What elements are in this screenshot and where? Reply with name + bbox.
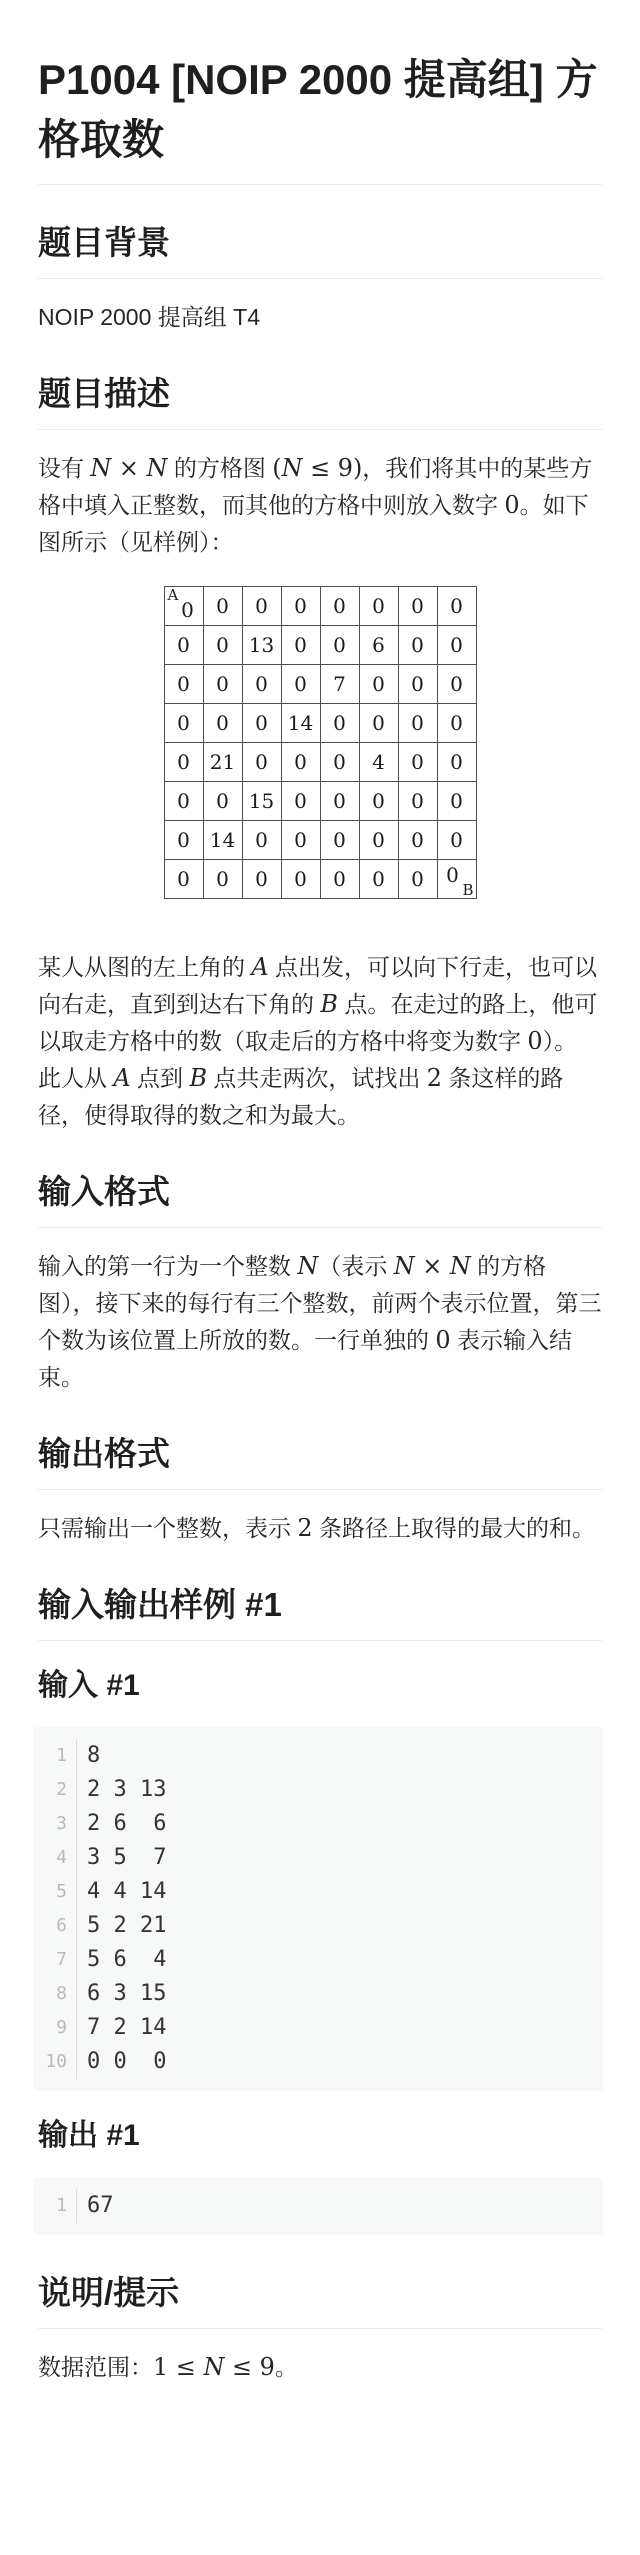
math-variable: N <box>147 454 168 482</box>
output-format-heading: 输出格式 <box>38 1432 602 1490</box>
text-run: 点共走两次，试找出 <box>207 1065 427 1091</box>
grid-cell-value: 0 <box>450 711 463 735</box>
grid-cell: 0 <box>359 821 398 860</box>
grid-cell-value: 0 <box>372 789 385 813</box>
grid-cell: 0 <box>320 821 359 860</box>
text-run: 的方格图 <box>167 455 272 481</box>
grid-cell-value: 6 <box>372 633 385 657</box>
grid-cell: 0 <box>359 704 398 743</box>
grid-cell-value: 0 <box>294 750 307 774</box>
samples-heading: 输入输出样例 #1 <box>38 1583 602 1641</box>
grid-cell: 13 <box>242 626 281 665</box>
grid-cell-value: 0 <box>255 750 268 774</box>
grid-cell-value: 0 <box>372 867 385 891</box>
code-line-number: 9 <box>33 2011 76 2045</box>
grid-cell: 14 <box>281 704 320 743</box>
grid-cell-value: 0 <box>411 867 424 891</box>
grid-cell: 0 <box>437 704 476 743</box>
section-description: 题目描述 设有 N × N 的方格图 (N ≤ 9)，我们将其中的某些方格中填入… <box>38 372 602 1134</box>
grid-cell: 0 <box>242 704 281 743</box>
grid-cell: 0 <box>164 665 203 704</box>
text-run: 输入的第一行为一个整数 <box>38 1253 297 1279</box>
grid-cell: 0 <box>320 626 359 665</box>
code-line-text: 5 2 21 <box>76 1909 603 1943</box>
grid-cell: 0 <box>242 821 281 860</box>
grid-cell-value: 0 <box>294 672 307 696</box>
grid-cell: 0 <box>242 743 281 782</box>
input-format-text: 输入的第一行为一个整数 N（表示 N × N 的方格图），接下来的每行有三个整数… <box>38 1248 602 1396</box>
grid-cell: 0 <box>281 821 320 860</box>
grid-cell-value: 0 <box>450 750 463 774</box>
grid-cell-value: 0 <box>294 867 307 891</box>
grid-row: 0000000B0 <box>164 860 476 899</box>
grid-cell-value: 0 <box>372 711 385 735</box>
code-line-number: 1 <box>33 2189 76 2223</box>
sample-input-heading: 输入 #1 <box>38 1667 602 1705</box>
grid-cell: 0 <box>164 704 203 743</box>
math-variable: B <box>189 1064 207 1092</box>
math-literal: 0 <box>504 491 519 519</box>
math-literal: 2 <box>427 1064 442 1092</box>
sample-grid-figure: A000000000013006000000700000014000002100… <box>38 586 602 899</box>
code-line-text: 67 <box>76 2189 603 2223</box>
grid-cell-value: 0 <box>333 867 346 891</box>
grid-cell-value: 0 <box>177 750 190 774</box>
grid-cell-value: 0 <box>294 594 307 618</box>
grid-cell: 14 <box>203 821 242 860</box>
text-run: 某人从图的左上角的 <box>38 954 251 980</box>
grid-cell: 0 <box>203 626 242 665</box>
math-literal: 0 <box>435 1326 450 1354</box>
grid-cell: 0 <box>359 665 398 704</box>
code-line-number: 8 <box>33 1977 76 2011</box>
grid-cell-value: 0 <box>411 750 424 774</box>
grid-cell-value: 7 <box>333 672 346 696</box>
grid-cell: 0 <box>320 704 359 743</box>
code-line: 65 2 21 <box>33 1909 603 1943</box>
math-variable: N <box>282 454 303 482</box>
grid-cell-value: 0 <box>294 789 307 813</box>
grid-cell-value: 13 <box>249 633 274 657</box>
grid-cell: 0 <box>437 821 476 860</box>
grid-cell: 0 <box>359 782 398 821</box>
code-line-number: 2 <box>33 1773 76 1807</box>
grid-cell-value: 21 <box>210 750 235 774</box>
text-run: 只需输出一个整数，表示 <box>38 1515 297 1541</box>
grid-cell-value: 0 <box>333 594 346 618</box>
grid-cell-value: 0 <box>216 789 229 813</box>
text-run: 此人从 <box>38 1065 113 1091</box>
text-run: 。 <box>275 2354 298 2380</box>
grid-cell: 0 <box>437 587 476 626</box>
grid-cell-value: 0 <box>411 672 424 696</box>
sample-output-code[interactable]: 167 <box>33 2177 603 2235</box>
grid-cell: 0 <box>320 782 359 821</box>
grid-cell-value: 0 <box>450 789 463 813</box>
grid-cell: 15 <box>242 782 281 821</box>
grid-cell: 0 <box>281 587 320 626</box>
page-title: P1004 [NOIP 2000 提高组] 方格取数 <box>38 50 602 185</box>
grid-cell-value: 0 <box>255 711 268 735</box>
grid-cell-value: 14 <box>210 828 235 852</box>
grid-cell: 0 <box>437 782 476 821</box>
math-literal: 0 <box>527 1027 542 1055</box>
description-paragraph-3: 此人从 A 点到 B 点共走两次，试找出 2 条这样的路径，使得取得的数之和为最… <box>38 1060 602 1134</box>
text-run: 条路径上取得的最大的和。 <box>313 1515 595 1541</box>
sample-input-code[interactable]: 1822 3 1332 6 643 5 754 4 1465 2 2175 6 … <box>33 1727 603 2091</box>
grid-cell: 0 <box>203 860 242 899</box>
grid-cell-value: 0 <box>333 750 346 774</box>
grid-row: 014000000 <box>164 821 476 860</box>
grid-cell: A0 <box>164 587 203 626</box>
grid-cell: 0 <box>437 626 476 665</box>
grid-row: 021000400 <box>164 743 476 782</box>
grid-cell: 4 <box>359 743 398 782</box>
grid-cell-value: 0 <box>333 828 346 852</box>
number-grid: A000000000013006000000700000014000002100… <box>164 586 477 899</box>
code-line-text: 2 6 6 <box>76 1807 603 1841</box>
grid-start-label: A <box>168 588 179 603</box>
grid-cell-value: 0 <box>177 633 190 657</box>
grid-row: 000140000 <box>164 704 476 743</box>
code-line: 18 <box>33 1739 603 1773</box>
code-line-text: 5 6 4 <box>76 1943 603 1977</box>
grid-cell-value: 0 <box>372 594 385 618</box>
grid-cell-value: 0 <box>372 672 385 696</box>
code-line-number: 4 <box>33 1841 76 1875</box>
grid-row: 001500000 <box>164 782 476 821</box>
description-paragraph-2: 某人从图的左上角的 A 点出发，可以向下行走，也可以向右走，直到到达右下角的 B… <box>38 949 602 1060</box>
math-literal: × <box>415 1252 450 1280</box>
grid-cell: 0 <box>359 860 398 899</box>
grid-cell: 0 <box>203 782 242 821</box>
grid-cell: 0 <box>242 860 281 899</box>
description-heading: 题目描述 <box>38 372 602 430</box>
grid-cell: 0 <box>281 626 320 665</box>
grid-cell-value: 0 <box>216 711 229 735</box>
grid-cell: 0 <box>320 743 359 782</box>
text-run: 点到 <box>131 1065 190 1091</box>
code-line: 86 3 15 <box>33 1977 603 2011</box>
code-line-number: 1 <box>33 1739 76 1773</box>
math-variable: A <box>251 953 268 981</box>
grid-cell: 0 <box>164 821 203 860</box>
grid-cell: 21 <box>203 743 242 782</box>
grid-cell-value: 0 <box>294 828 307 852</box>
grid-cell-value: 0 <box>450 828 463 852</box>
notes-text: 数据范围：1 ≤ N ≤ 9。 <box>38 2349 602 2386</box>
grid-cell-value: 0 <box>255 594 268 618</box>
grid-cell-value: 0 <box>446 863 459 887</box>
code-line-text: 4 4 14 <box>76 1875 603 1909</box>
math-literal: 1 ≤ <box>153 2353 203 2381</box>
grid-cell-value: 0 <box>216 867 229 891</box>
math-variable: N <box>394 1252 415 1280</box>
math-variable: N <box>90 454 111 482</box>
section-background: 题目背景 NOIP 2000 提高组 T4 <box>38 221 602 336</box>
code-line: 43 5 7 <box>33 1841 603 1875</box>
section-input-format: 输入格式 输入的第一行为一个整数 N（表示 N × N 的方格图），接下来的每行… <box>38 1170 602 1396</box>
code-line: 54 4 14 <box>33 1875 603 1909</box>
grid-cell: 0 <box>320 860 359 899</box>
grid-cell-value: 0 <box>177 828 190 852</box>
code-line: 167 <box>33 2189 603 2223</box>
math-literal: 2 <box>297 1514 312 1542</box>
grid-cell-value: 0 <box>255 672 268 696</box>
grid-cell: 0 <box>359 587 398 626</box>
input-format-heading: 输入格式 <box>38 1170 602 1228</box>
grid-cell-value: 0 <box>177 789 190 813</box>
code-line-text: 8 <box>76 1739 603 1773</box>
section-output-format: 输出格式 只需输出一个整数，表示 2 条路径上取得的最大的和。 <box>38 1432 602 1547</box>
grid-cell: 0 <box>398 626 437 665</box>
math-variable: A <box>113 1064 130 1092</box>
grid-cell-value: 0 <box>177 672 190 696</box>
grid-cell-value: 0 <box>181 598 194 622</box>
background-text: NOIP 2000 提高组 T4 <box>38 299 602 336</box>
grid-cell-value: 0 <box>450 672 463 696</box>
grid-cell: 0 <box>164 743 203 782</box>
grid-cell: 0 <box>437 665 476 704</box>
text-run: 设有 <box>38 455 90 481</box>
grid-cell: 0 <box>164 782 203 821</box>
code-line-text: 2 3 13 <box>76 1773 603 1807</box>
grid-cell-value: 0 <box>333 633 346 657</box>
grid-cell-value: 0 <box>255 867 268 891</box>
output-format-text: 只需输出一个整数，表示 2 条路径上取得的最大的和。 <box>38 1510 602 1547</box>
grid-cell: 0 <box>398 821 437 860</box>
grid-cell-value: 0 <box>333 711 346 735</box>
text-run: 数据范围： <box>38 2354 153 2380</box>
grid-cell: 0 <box>242 665 281 704</box>
math-literal: ≤ 9) <box>303 454 363 482</box>
math-literal: ≤ 9 <box>224 2353 274 2381</box>
math-variable: B <box>320 990 338 1018</box>
math-literal: ( <box>272 454 281 482</box>
grid-cell: 0 <box>281 743 320 782</box>
grid-cell: 6 <box>359 626 398 665</box>
grid-cell-value: 0 <box>450 594 463 618</box>
grid-cell: 0 <box>203 665 242 704</box>
section-samples: 输入输出样例 #1 输入 #1 1822 3 1332 6 643 5 754 … <box>38 1583 602 2235</box>
code-line-text: 7 2 14 <box>76 2011 603 2045</box>
grid-cell: 0 <box>281 782 320 821</box>
grid-cell: 0 <box>398 782 437 821</box>
grid-cell: 0 <box>398 704 437 743</box>
grid-cell-value: 0 <box>411 594 424 618</box>
grid-cell-value: 0 <box>177 867 190 891</box>
grid-cell: 0 <box>164 626 203 665</box>
grid-cell: 0 <box>203 704 242 743</box>
code-line-number: 3 <box>33 1807 76 1841</box>
grid-row: A00000000 <box>164 587 476 626</box>
code-line-number: 10 <box>33 2045 76 2079</box>
grid-cell: 0 <box>281 860 320 899</box>
grid-cell-value: 0 <box>216 594 229 618</box>
code-line: 75 6 4 <box>33 1943 603 1977</box>
grid-cell-value: 0 <box>411 789 424 813</box>
code-line-number: 7 <box>33 1943 76 1977</box>
grid-cell: 0 <box>398 587 437 626</box>
grid-cell: 0 <box>437 743 476 782</box>
grid-cell-value: 0 <box>294 633 307 657</box>
text-run: ）。 <box>543 1028 578 1054</box>
grid-cell-value: 0 <box>177 711 190 735</box>
grid-cell-value: 0 <box>450 633 463 657</box>
grid-cell: 7 <box>320 665 359 704</box>
code-line: 32 6 6 <box>33 1807 603 1841</box>
grid-cell: 0 <box>164 860 203 899</box>
grid-cell: 0 <box>203 587 242 626</box>
math-variable: N <box>203 2353 224 2381</box>
grid-cell-value: 0 <box>372 828 385 852</box>
grid-end-label: B <box>462 883 473 898</box>
sample-output-heading: 输出 #1 <box>38 2117 602 2155</box>
grid-cell-value: 0 <box>216 672 229 696</box>
grid-row: 001300600 <box>164 626 476 665</box>
grid-cell: 0 <box>320 587 359 626</box>
grid-cell-value: 0 <box>216 633 229 657</box>
notes-heading: 说明/提示 <box>38 2271 602 2329</box>
code-line: 22 3 13 <box>33 1773 603 1807</box>
math-literal: × <box>111 454 146 482</box>
grid-cell-value: 0 <box>255 828 268 852</box>
code-line-text: 6 3 15 <box>76 1977 603 2011</box>
code-line-text: 3 5 7 <box>76 1841 603 1875</box>
code-line: 100 0 0 <box>33 2045 603 2079</box>
code-line-text: 0 0 0 <box>76 2045 603 2079</box>
grid-cell: 0 <box>398 743 437 782</box>
code-line-number: 5 <box>33 1875 76 1909</box>
grid-row: 00007000 <box>164 665 476 704</box>
math-variable: N <box>297 1252 318 1280</box>
background-heading: 题目背景 <box>38 221 602 279</box>
code-line: 97 2 14 <box>33 2011 603 2045</box>
text-run: （表示 <box>318 1253 393 1279</box>
grid-cell-value: 15 <box>249 789 274 813</box>
grid-cell-value: 0 <box>411 633 424 657</box>
description-paragraph-1: 设有 N × N 的方格图 (N ≤ 9)，我们将其中的某些方格中填入正整数，而… <box>38 450 602 561</box>
section-notes: 说明/提示 数据范围：1 ≤ N ≤ 9。 <box>38 2271 602 2386</box>
grid-cell: 0 <box>242 587 281 626</box>
grid-cell-value: 14 <box>288 711 313 735</box>
grid-cell: B0 <box>437 860 476 899</box>
grid-cell: 0 <box>281 665 320 704</box>
code-line-number: 6 <box>33 1909 76 1943</box>
grid-cell-value: 4 <box>372 750 385 774</box>
grid-cell-value: 0 <box>333 789 346 813</box>
problem-page: P1004 [NOIP 2000 提高组] 方格取数 题目背景 NOIP 200… <box>0 0 640 2486</box>
grid-cell: 0 <box>398 860 437 899</box>
math-variable: N <box>450 1252 471 1280</box>
grid-cell: 0 <box>398 665 437 704</box>
grid-cell-value: 0 <box>411 828 424 852</box>
grid-cell-value: 0 <box>411 711 424 735</box>
